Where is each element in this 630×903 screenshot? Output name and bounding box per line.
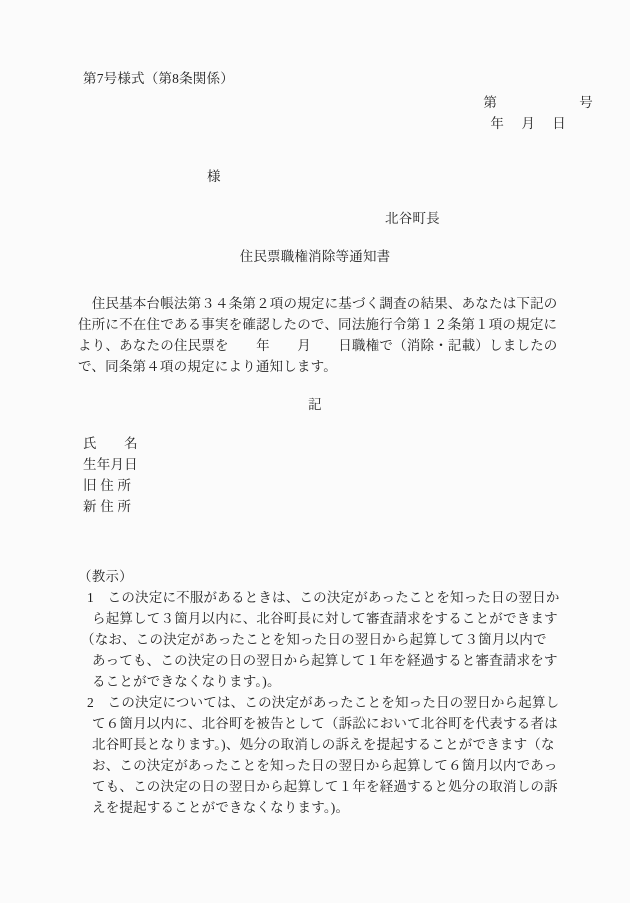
- note1-line-4: あっても、この決定の日の翌日から起算して１年を経過すると審査請求をす: [92, 650, 552, 671]
- document-title: 住民票職権消除等通知書: [78, 246, 552, 267]
- field-label-old-address: 旧 住 所: [83, 475, 552, 496]
- body-line-4: で、同条第４項の規定により通知します。: [78, 356, 552, 377]
- addressee-suffix: 様: [207, 166, 552, 187]
- document-number-blank: 第 号: [78, 92, 593, 113]
- note-item-2: 2 この決定については、この決定があったことを知った日の翌日から起算し て６箇月…: [78, 692, 552, 818]
- date-blank: 年 月 日: [78, 113, 566, 134]
- note2-line-6: えを提起することができなくなります。)。: [92, 797, 552, 818]
- body-line-3: より、あなたの住民票を 年 月 日職権で（消除・記載）しましたの: [78, 335, 552, 356]
- sender-title: 北谷町長: [385, 208, 552, 229]
- form-number: 第7号様式（第8条関係）: [83, 68, 552, 89]
- note2-line-2: て６箇月以内に、北谷町を被告として（訴訟において北谷町を代表する者は: [92, 713, 552, 734]
- notes-header: （教示）: [78, 566, 552, 587]
- note2-line-3: 北谷町長となります。)、処分の取消しの訴えを提起することができます（な: [92, 734, 552, 755]
- note2-line-1: 2 この決定については、この決定があったことを知った日の翌日から起算し: [87, 692, 552, 713]
- note-item-1: 1 この決定に不服があるときは、この決定があったことを知った日の翌日か ら起算し…: [78, 587, 552, 692]
- note1-line-5: ることができなくなります。)。: [92, 671, 552, 692]
- field-label-new-address: 新 住 所: [83, 496, 552, 517]
- document-page: 第7号様式（第8条関係） 第 号 年 月 日 様 北谷町長 住民票職権消除等通知…: [0, 0, 630, 903]
- note1-line-3: （なお、この決定があったことを知った日の翌日から起算して３箇月以内で: [81, 629, 552, 650]
- field-label-birthdate: 生年月日: [83, 454, 552, 475]
- body-line-2: 住所に不在住である事実を確認したので、同法施行令第１２条第１項の規定に: [78, 314, 552, 335]
- field-labels: 氏 名 生年月日 旧 住 所 新 住 所: [83, 433, 552, 517]
- record-marker: 記: [78, 394, 552, 415]
- body-line-1: 住民基本台帳法第３４条第２項の規定に基づく調査の結果、あなたは下記の: [78, 293, 552, 314]
- note2-line-4: お、この決定があったことを知った日の翌日から起算して６箇月以内であっ: [92, 755, 552, 776]
- field-label-name: 氏 名: [83, 433, 552, 454]
- note1-line-1: 1 この決定に不服があるときは、この決定があったことを知った日の翌日か: [87, 587, 552, 608]
- note2-line-5: ても、この決定の日の翌日から起算して１年を経過すると処分の取消しの訴: [92, 776, 552, 797]
- note1-line-2: ら起算して３箇月以内に、北谷町長に対して審査請求をすることができます: [92, 608, 552, 629]
- body-paragraph: 住民基本台帳法第３４条第２項の規定に基づく調査の結果、あなたは下記の 住所に不在…: [78, 293, 552, 377]
